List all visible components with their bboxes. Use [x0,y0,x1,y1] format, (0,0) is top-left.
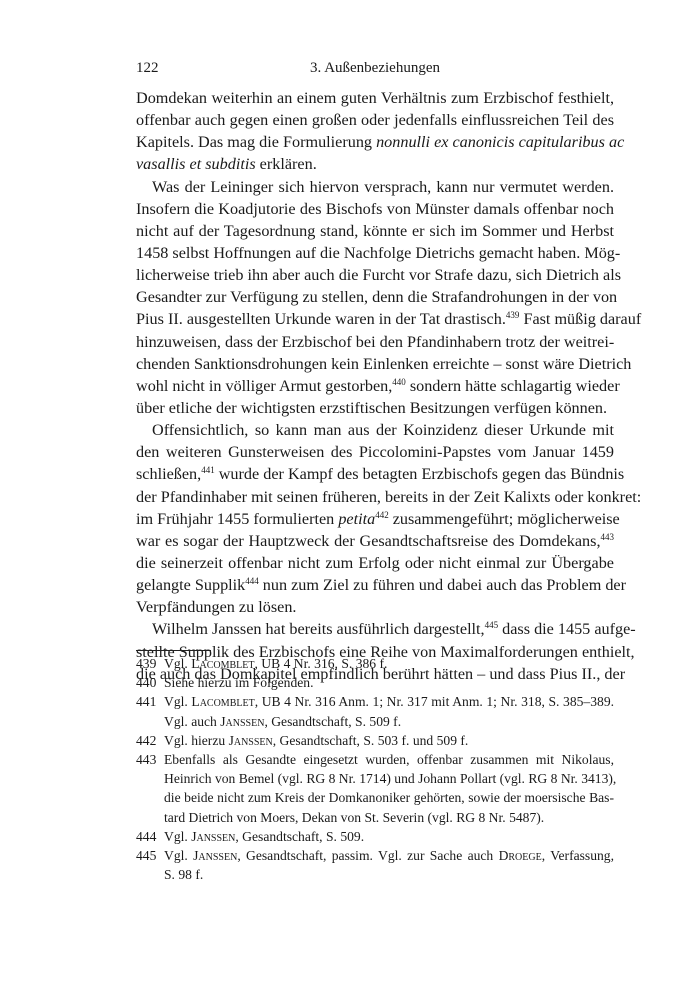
footnote-ref[interactable]: 443 [601,532,615,542]
footnote-number: 440 [136,673,156,692]
text-line: gelangte Supplik444 nun zum Ziel zu führ… [136,574,614,596]
footnote: 440Siehe hierzu im Folgenden. [136,673,614,692]
text-line: im Frühjahr 1455 formulierten petita442 … [136,508,614,530]
text-line: der Pfandinhaber mit seinen früheren, be… [136,486,614,508]
text-line: vasallis et subditis erklären. [136,153,614,175]
italic-term: nonnulli ex canonicis capitularibus ac [376,133,624,151]
footnote: 444Vgl. Janssen, Gesandtschaft, S. 509. [136,827,614,846]
footnote: 443Ebenfalls als Gesandte eingesetzt wur… [136,750,614,827]
italic-term: petita [338,510,375,528]
footnote-text: tard Dietrich von Moers, Dekan von St. S… [164,808,614,827]
author-name: Janssen [191,829,235,844]
footnote-text: Vgl. Janssen, Gesandtschaft, S. 509. [164,827,614,846]
footnote-ref[interactable]: 441 [201,465,215,475]
footnote-ref[interactable]: 445 [485,620,499,630]
author-name: Janssen [220,714,264,729]
footnote-number: 444 [136,827,156,846]
footnote-separator [136,650,211,651]
author-name: Droege [499,848,542,863]
text-line: über etliche der wichtigsten erzstiftisc… [136,397,614,419]
footnote-text: Vgl. hierzu Janssen, Gesandtschaft, S. 5… [164,731,614,750]
running-head: 3. Außenbeziehungen [136,60,614,77]
text-line: Was der Leininger sich hiervon versprach… [136,176,614,198]
footnote-ref[interactable]: 439 [506,310,520,320]
text-line: chenden Sanktionsdrohungen kein Einlenke… [136,353,614,375]
text-line: licherweise trieb ihn aber auch die Furc… [136,264,614,286]
footnote-text: S. 98 f. [164,865,614,884]
author-name: Lacomblet [191,656,254,671]
footnote-number: 441 [136,692,156,711]
footnote-text: die beide nicht zum Kreis der Domkanonik… [164,788,614,807]
main-text: Domdekan weiterhin an einem guten Verhäl… [136,87,614,685]
text-line: hinzuweisen, dass der Erzbischof bei den… [136,331,614,353]
footnote-text: Heinrich von Bemel (vgl. RG 8 Nr. 1714) … [164,769,614,788]
text-line: schließen,441 wurde der Kampf des betagt… [136,463,614,485]
footnote-text: Vgl. Lacomblet, UB 4 Nr. 316 Anm. 1; Nr.… [164,692,614,711]
text-line: Insofern die Koadjutorie des Bischofs vo… [136,198,614,220]
page-header: 122 3. Außenbeziehungen [136,60,614,82]
author-name: Janssen [229,733,273,748]
author-name: Janssen [193,848,237,863]
book-page: 122 3. Außenbeziehungen Domdekan weiterh… [0,0,700,988]
italic-term: vasallis et subditis [136,155,256,173]
text-line: wohl nicht in völliger Armut gestorben,4… [136,375,614,397]
footnote-number: 445 [136,846,156,865]
footnote-text: Vgl. auch Janssen, Gesandtschaft, S. 509… [164,712,614,731]
text-line: die seinerzeit offenbar nicht zum Erfolg… [136,552,614,574]
text-line: den weiteren Gunsterweisen des Piccolomi… [136,441,614,463]
text-line: Gesandter zur Verfügung zu stellen, denn… [136,286,614,308]
text-line: war es sogar der Hauptzweck der Gesandts… [136,530,614,552]
footnote-text: Vgl. Lacomblet, UB 4 Nr. 316, S. 386 f. [164,654,614,673]
text-line: Pius II. ausgestellten Urkunde waren in … [136,308,614,330]
footnote-number: 439 [136,654,156,673]
text-line: Wilhelm Janssen hat bereits ausführlich … [136,618,614,640]
footnote-ref[interactable]: 442 [375,510,389,520]
footnote-ref[interactable]: 444 [245,576,259,586]
text-line: 1458 selbst Hoffnungen auf die Nachfolge… [136,242,614,264]
footnote-number: 442 [136,731,156,750]
text-line: Verpfändungen zu lösen. [136,596,614,618]
footnotes: 439Vgl. Lacomblet, UB 4 Nr. 316, S. 386 … [136,654,614,884]
footnote-text: Siehe hierzu im Folgenden. [164,673,614,692]
text-line: offenbar auch gegen einen großen oder je… [136,109,614,131]
text-line: nicht auf der Tagesordnung stand, könnte… [136,220,614,242]
text-line: Kapitels. Das mag die Formulierung nonnu… [136,131,614,153]
author-name: Lacomblet [191,694,254,709]
footnote-text: Vgl. Janssen, Gesandtschaft, passim. Vgl… [164,846,614,865]
text-line: Offensichtlich, so kann man aus der Koin… [136,419,614,441]
footnote: 445Vgl. Janssen, Gesandtschaft, passim. … [136,846,614,884]
footnote: 439Vgl. Lacomblet, UB 4 Nr. 316, S. 386 … [136,654,614,673]
footnote: 441Vgl. Lacomblet, UB 4 Nr. 316 Anm. 1; … [136,692,614,730]
text-line: Domdekan weiterhin an einem guten Verhäl… [136,87,614,109]
footnote-number: 443 [136,750,156,769]
footnote-text: Ebenfalls als Gesandte eingesetzt wurden… [164,750,614,769]
footnote-ref[interactable]: 440 [392,377,406,387]
footnote: 442Vgl. hierzu Janssen, Gesandtschaft, S… [136,731,614,750]
